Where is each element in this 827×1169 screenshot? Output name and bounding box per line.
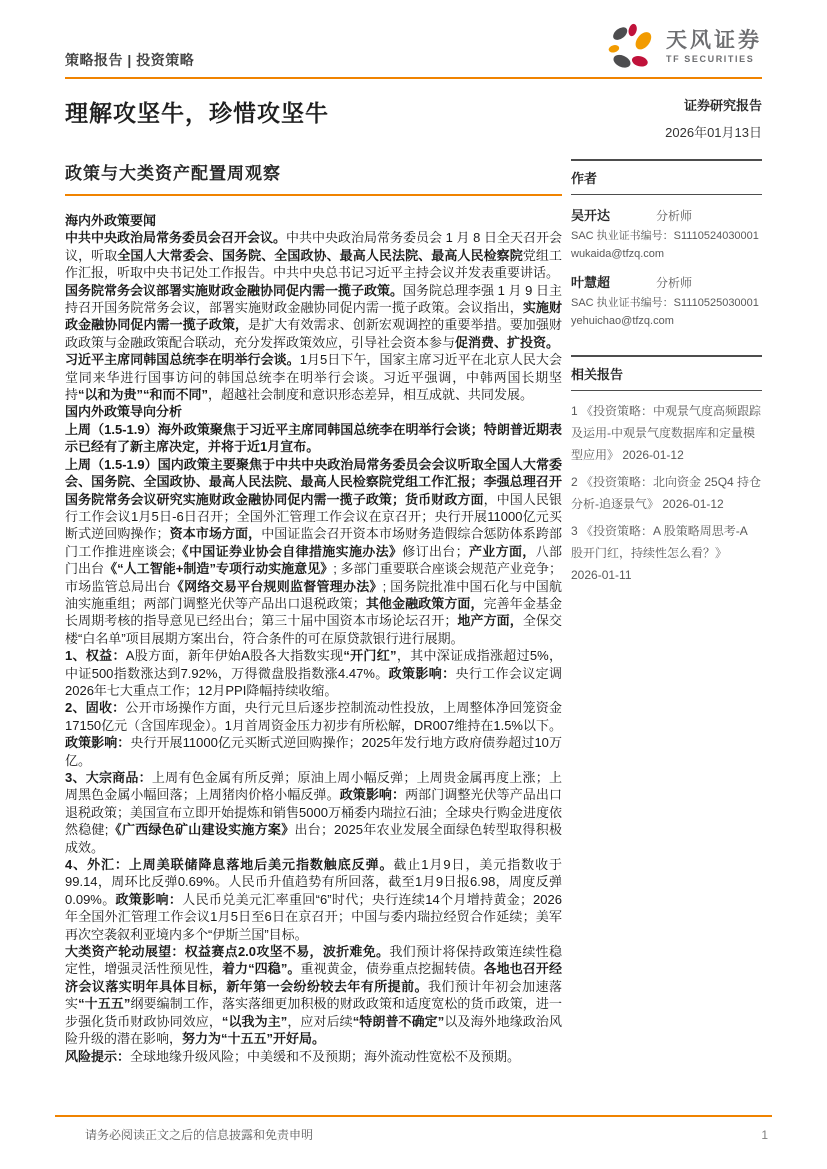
body-paragraph: 1、权益：A股方面，新年伊始A股各大指数实现“开门红”，其中深证成指涨超过5%，… xyxy=(65,647,562,699)
author-sac-number: SAC 执业证书编号：S1110524030001 xyxy=(571,229,762,244)
text-run: 政策影响： xyxy=(116,892,183,907)
related-reports-heading: 相关报告 xyxy=(571,355,762,391)
text-run: 促消费、扩投资。 xyxy=(455,335,559,350)
body-paragraph: 4、外汇：上周美联储降息落地后美元指数触底反弹。截止1月9日，美元指数收于99.… xyxy=(65,856,562,943)
text-run: 2、固收： xyxy=(65,700,125,715)
related-report-index: 1 xyxy=(571,404,578,418)
page-title: 理解攻坚牛，珍惜攻坚牛 xyxy=(65,95,329,128)
main-column: 政策与大类资产配置周观察 海内外政策要闻 中共中央政治局常务委员会召开会议。中共… xyxy=(65,159,562,1065)
related-report-title: 《投资策略：A 股策略周思考-A 股开门红，持续性怎么看？》 xyxy=(571,524,747,560)
author-entry: 叶慧超 分析师 SAC 执业证书编号：S1110525030001 yehuic… xyxy=(571,272,762,329)
body-paragraph: 大类资产轮动展望：权益赛点2.0攻坚不易，波折难免。我们预计将保持政策连续性稳定… xyxy=(65,943,562,1047)
related-reports-list: 1 《投资策略：中观景气度高频跟踪及运用-中观景气度数据库和定量模型应用》 20… xyxy=(571,400,762,586)
related-report: 1 《投资策略：中观景气度高频跟踪及运用-中观景气度数据库和定量模型应用》 20… xyxy=(571,400,762,466)
page-footer: 请务必阅读正文之后的信息披露和免责申明 1 xyxy=(55,1115,772,1143)
author-name: 叶慧超 xyxy=(571,272,610,291)
text-run: 《网络交易平台规则监督管理办法》 xyxy=(171,579,383,594)
report-category: 策略报告 | 投资策略 xyxy=(65,50,194,72)
author-sac-number: SAC 执业证书编号：S1110525030001 xyxy=(571,296,762,311)
text-run: 中共中央政治局常务委员会召开会议。 xyxy=(65,230,286,245)
report-type-label: 证券研究报告 xyxy=(665,95,762,114)
section-heading: 海内外政策要闻 xyxy=(65,212,562,229)
report-meta: 证券研究报告 2026年01月13日 xyxy=(665,95,762,141)
masthead: 策略报告 | 投资策略 天风证券 TF SECURITIES xyxy=(65,0,762,79)
sidebar: 作者 吴开达 分析师 SAC 执业证书编号：S1110524030001 wuk… xyxy=(571,159,762,1065)
author-name: 吴开达 xyxy=(571,205,610,224)
text-run: 全球地缘升级风险；中美缓和不及预期；海外流动性宽松不及预期。 xyxy=(130,1049,520,1064)
text-run: 修订出台； xyxy=(402,544,468,559)
text-run: 着力“四稳”。 xyxy=(222,961,301,976)
authors-block: 作者 吴开达 分析师 SAC 执业证书编号：S1110524030001 wuk… xyxy=(571,159,762,329)
brand-text: 天风证券 TF SECURITIES xyxy=(666,30,762,64)
body-text: 海内外政策要闻 中共中央政治局常务委员会召开会议。中共中央政治局常务委员会 1 … xyxy=(65,212,562,1065)
text-run: 政策影响： xyxy=(340,787,405,802)
text-run: 产业方面， xyxy=(469,544,536,559)
related-report-index: 2 xyxy=(571,475,578,489)
text-run: 资本市场方面， xyxy=(170,526,262,541)
text-run: 《中国证券业协会自律措施实施办法》 xyxy=(175,544,402,559)
brand-name-en: TF SECURITIES xyxy=(666,55,762,64)
text-run: 地产方面， xyxy=(457,613,522,628)
text-run: ，应对后续 xyxy=(287,1014,352,1029)
text-run: “十五五” xyxy=(78,996,130,1011)
text-run: 4、外汇：上周美联储降息落地后美元指数触底反弹。 xyxy=(65,857,393,872)
page-number: 1 xyxy=(761,1128,768,1142)
author-role: 分析师 xyxy=(656,274,692,291)
section-subtitle: 政策与大类资产配置周观察 xyxy=(65,159,562,196)
text-run: 努力为“十五五”开好局。 xyxy=(182,1031,325,1046)
text-run: 风险提示： xyxy=(65,1049,130,1064)
author-entry: 吴开达 分析师 SAC 执业证书编号：S1110524030001 wukaid… xyxy=(571,205,762,262)
disclaimer-text: 请务必阅读正文之后的信息披露和免责申明 xyxy=(85,1126,313,1143)
author-row: 吴开达 分析师 xyxy=(571,205,762,224)
text-run: ，超越社会制度和意识形态差异，相互成就、共同发展。 xyxy=(208,387,533,402)
related-reports-block: 相关报告 1 《投资策略：中观景气度高频跟踪及运用-中观景气度数据库和定量模型应… xyxy=(571,355,762,586)
text-run: 国内外政策导向分析 xyxy=(65,404,182,419)
text-run: 公开市场操作方面，央行元旦后逐步控制流动性投放，上周整体净回笼资金17150亿元… xyxy=(65,700,562,732)
text-run: 央行开展11000亿元买断式逆回购操作；2025年发行地方政府债券超过10万亿。 xyxy=(65,735,562,767)
text-run: 全国人大常委会、国务院、全国政协、最高人民法院、最高人民检察院 xyxy=(117,248,522,263)
report-page: 策略报告 | 投资策略 天风证券 TF SECURITIES 理解攻坚牛，珍惜攻… xyxy=(0,0,827,1169)
brand-name-cn: 天风证券 xyxy=(666,30,762,51)
text-run: 《广西绿色矿山建设实施方案》 xyxy=(108,822,294,837)
text-run: 3、大宗商品： xyxy=(65,770,152,785)
text-run: “开门红” xyxy=(343,648,396,663)
text-run: 大类资产轮动展望：权益赛点2.0攻坚不易，波折难免。 xyxy=(65,944,389,959)
text-run: 《“人工智能+制造”专项行动实施意见》 xyxy=(104,561,333,576)
body-paragraph: 2、固收：公开市场操作方面，央行元旦后逐步控制流动性投放，上周整体净回笼资金17… xyxy=(65,699,562,769)
related-report: 3 《投资策略：A 股策略周思考-A 股开门红，持续性怎么看？》 2026-01… xyxy=(571,520,762,586)
tf-securities-logo: 天风证券 TF SECURITIES xyxy=(603,22,762,72)
authors-heading: 作者 xyxy=(571,159,762,195)
text-run: “特朗普不确定” xyxy=(353,1014,445,1029)
related-report: 2 《投资策略：北向资金 25Q4 持仓分析-追逐景气》 2026-01-12 xyxy=(571,471,762,515)
body-paragraph: 风险提示：全球地缘升级风险；中美缓和不及预期；海外流动性宽松不及预期。 xyxy=(65,1048,562,1065)
content-area: 政策与大类资产配置周观察 海内外政策要闻 中共中央政治局常务委员会召开会议。中共… xyxy=(65,159,762,1065)
title-row: 理解攻坚牛，珍惜攻坚牛 证券研究报告 2026年01月13日 xyxy=(65,95,762,141)
section-heading: 国内外政策导向分析 xyxy=(65,403,562,420)
text-run: 政策影响： xyxy=(65,735,130,750)
text-run: A股方面，新年伊始A股各大指数实现 xyxy=(126,648,344,663)
related-report-date: 2026-01-11 xyxy=(571,568,632,582)
text-run: 1、权益： xyxy=(65,648,126,663)
text-run: 政策影响： xyxy=(389,666,456,681)
author-email: wukaida@tfzq.com xyxy=(571,247,762,262)
related-report-index: 3 xyxy=(571,524,578,538)
related-report-date: 2026-01-12 xyxy=(622,448,683,462)
text-run: 其他金融政策方面， xyxy=(366,596,484,611)
body-paragraph: 3、大宗商品：上周有色金属有所反弹；原油上周小幅反弹；上周贵金属再度上涨；上周黑… xyxy=(65,769,562,856)
body-paragraph: 中共中央政治局常务委员会召开会议。中共中央政治局常务委员会 1 月 8 日全天召… xyxy=(65,229,562,281)
body-paragraph: 习近平主席同韩国总统李在明举行会谈。1月5日下午，国家主席习近平在北京人民大会堂… xyxy=(65,351,562,403)
related-report-date: 2026-01-12 xyxy=(662,497,723,511)
text-run: 习近平主席同韩国总统李在明举行会谈。 xyxy=(65,352,300,367)
author-role: 分析师 xyxy=(656,207,692,224)
body-paragraph: 上周（1.5-1.9）国内政策主要聚焦于中共中央政治局常务委员会会议听取全国人大… xyxy=(65,456,562,647)
text-run: 上周（1.5-1.9）海外政策聚焦于习近平主席同韩国总统李在明举行会谈；特朗普近… xyxy=(65,422,562,454)
report-date: 2026年01月13日 xyxy=(665,122,762,141)
body-paragraph: 上周（1.5-1.9）海外政策聚焦于习近平主席同韩国总统李在明举行会谈；特朗普近… xyxy=(65,421,562,456)
text-run: “以我为主” xyxy=(222,1014,287,1029)
text-run: 重视黄金，债券重点挖掘转债。 xyxy=(300,961,483,976)
body-paragraph: 国务院常务会议部署实施财政金融协同促内需一揽子政策。国务院总理李强 1 月 9 … xyxy=(65,282,562,352)
tf-logo-flower-icon xyxy=(603,22,657,72)
text-run: 国务院常务会议部署实施财政金融协同促内需一揽子政策。 xyxy=(65,283,403,298)
text-run: 海内外政策要闻 xyxy=(65,213,156,228)
author-email: yehuichao@tfzq.com xyxy=(571,314,762,329)
author-row: 叶慧超 分析师 xyxy=(571,272,762,291)
text-run: “以和为贵”“和而不同” xyxy=(78,387,208,402)
